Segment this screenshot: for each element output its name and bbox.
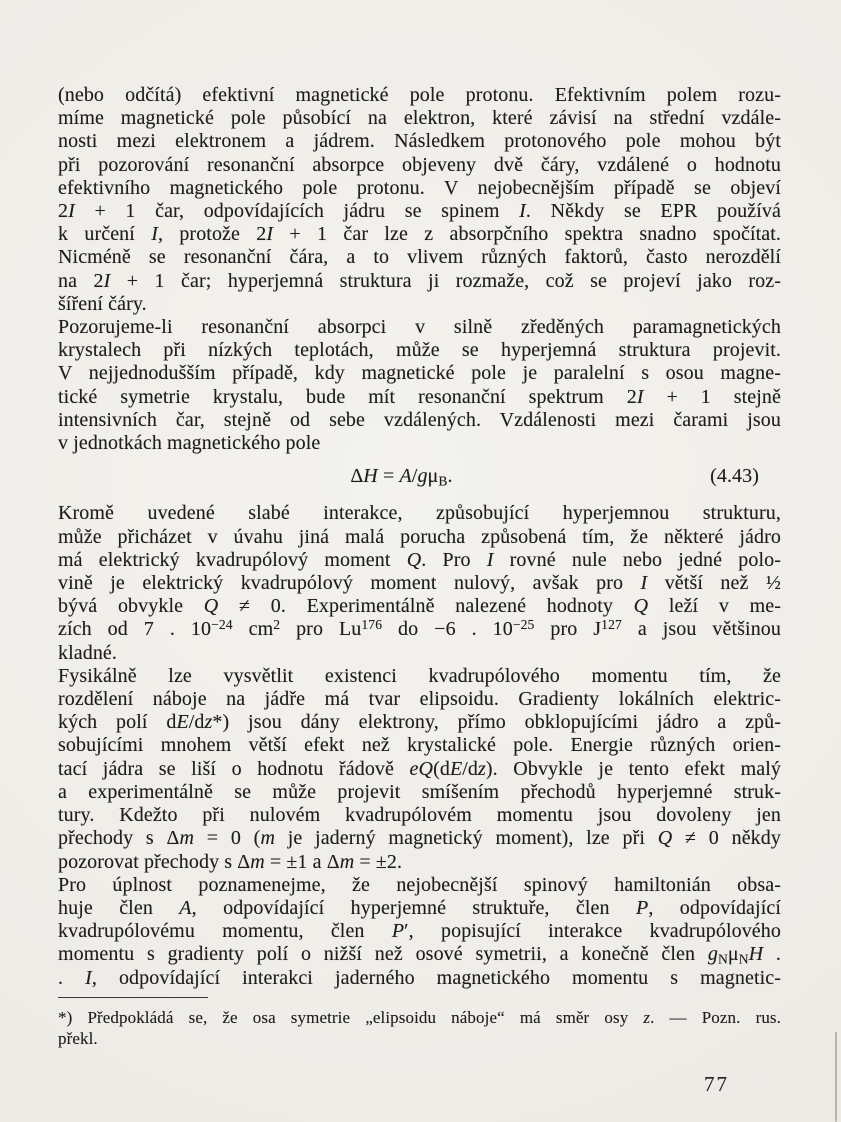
text-line: tické symetrie krystalu, bude mít resona… xyxy=(58,386,781,409)
text-line: kvadrupólovému momentu, člen P′, popisuj… xyxy=(58,920,781,943)
text-line: momentu s gradienty polí o nižší než oso… xyxy=(58,943,781,966)
page-number: 77 xyxy=(704,1072,729,1097)
text-line: má elektrický kvadrupólový moment Q. Pro… xyxy=(58,549,781,572)
text-line: k určení I, protože 2I + 1 čar lze z abs… xyxy=(58,223,781,246)
text-line: přechody s Δm = 0 (m je jaderný magnetic… xyxy=(58,827,781,850)
text-line: Pro úplnost poznamenejme, že nejobecnějš… xyxy=(58,874,781,897)
paragraph-2: Pozorujeme-li resonanční absorpci v siln… xyxy=(58,316,781,455)
paragraph-5: Pro úplnost poznamenejme, že nejobecnějš… xyxy=(58,874,781,990)
text-line: 2I + 1 čar, odpovídajících jádru se spin… xyxy=(58,200,781,223)
footnote: *) Předpokládá se, že osa symetrie „elip… xyxy=(58,1007,781,1050)
text-line: kých polí dE/dz*) jsou dány elektrony, p… xyxy=(58,711,781,734)
text-line: zích od 7 . 10−24 cm2 pro Lu176 do −6 . … xyxy=(58,618,781,641)
text-line: intensivních čar, stejně od sebe vzdálen… xyxy=(58,409,781,432)
text-line: tury. Kdežto při nulovém kvadrupólovém m… xyxy=(58,804,781,827)
text-line: míme magnetické pole působící na elektro… xyxy=(58,107,781,130)
scan-edge-artifact xyxy=(835,1032,837,1122)
paragraph-1: (nebo odčítá) efektivní magnetické pole … xyxy=(58,84,781,316)
text-line: rozdělení náboje na jádře má tvar elipso… xyxy=(58,688,781,711)
text-line: šíření čáry. xyxy=(58,293,781,316)
book-page: (nebo odčítá) efektivní magnetické pole … xyxy=(0,0,841,1122)
equation-number: (4.43) xyxy=(710,465,759,488)
equation-4-43: ΔH = A/gμB. (4.43) xyxy=(58,465,781,488)
text-line: sobujícími mnohem větší efekt než krysta… xyxy=(58,734,781,757)
text-line: v jednotkách magnetického pole xyxy=(58,432,781,455)
text-line: může přicházet v úvahu jiná malá porucha… xyxy=(58,526,781,549)
text-line: Pozorujeme-li resonanční absorpci v siln… xyxy=(58,316,781,339)
text-line: V nejjednodušším případě, kdy magnetické… xyxy=(58,362,781,385)
text-line: tací jádra se liší o hodnotu řádově eQ(d… xyxy=(58,758,781,781)
text-line: krystalech při nízkých teplotách, může s… xyxy=(58,339,781,362)
text-line: na 2I + 1 čar; hyperjemná struktura ji r… xyxy=(58,270,781,293)
footnote-line: *) Předpokládá se, že osa symetrie „elip… xyxy=(58,1007,781,1029)
footnote-line: překl. xyxy=(58,1028,781,1050)
footnote-rule xyxy=(58,997,208,998)
paragraph-4: Fysikálně lze vysvětlit existenci kvadru… xyxy=(58,665,781,874)
text-line: kladné. xyxy=(58,642,781,665)
text-line: pozorovat přechody s Δm = ±1 a Δm = ±2. xyxy=(58,851,781,874)
text-line: a experimentálně se může projevit smíšen… xyxy=(58,781,781,804)
text-line: při pozorování resonanční absorpce objev… xyxy=(58,154,781,177)
text-line: bývá obvykle Q ≠ 0. Experimentálně nalez… xyxy=(58,595,781,618)
text-line: Nicméně se resonanční čára, a to vlivem … xyxy=(58,246,781,269)
text-line: nosti mezi elektronem a jádrem. Následke… xyxy=(58,130,781,153)
text-line: vině je elektrický kvadrupólový moment n… xyxy=(58,572,781,595)
text-line: . I, odpovídající interakci jaderného ma… xyxy=(58,967,781,990)
text-line: huje člen A, odpovídající hyperjemné str… xyxy=(58,897,781,920)
paragraph-3: Kromě uvedené slabé interakce, způsobují… xyxy=(58,502,781,664)
text-line: Kromě uvedené slabé interakce, způsobují… xyxy=(58,502,781,525)
text-line: Fysikálně lze vysvětlit existenci kvadru… xyxy=(58,665,781,688)
text-line: (nebo odčítá) efektivní magnetické pole … xyxy=(58,84,781,107)
equation-body: ΔH = A/gμB. xyxy=(350,465,452,488)
body-text: (nebo odčítá) efektivní magnetické pole … xyxy=(58,84,781,1050)
text-line: efektivního magnetického pole protonu. V… xyxy=(58,177,781,200)
